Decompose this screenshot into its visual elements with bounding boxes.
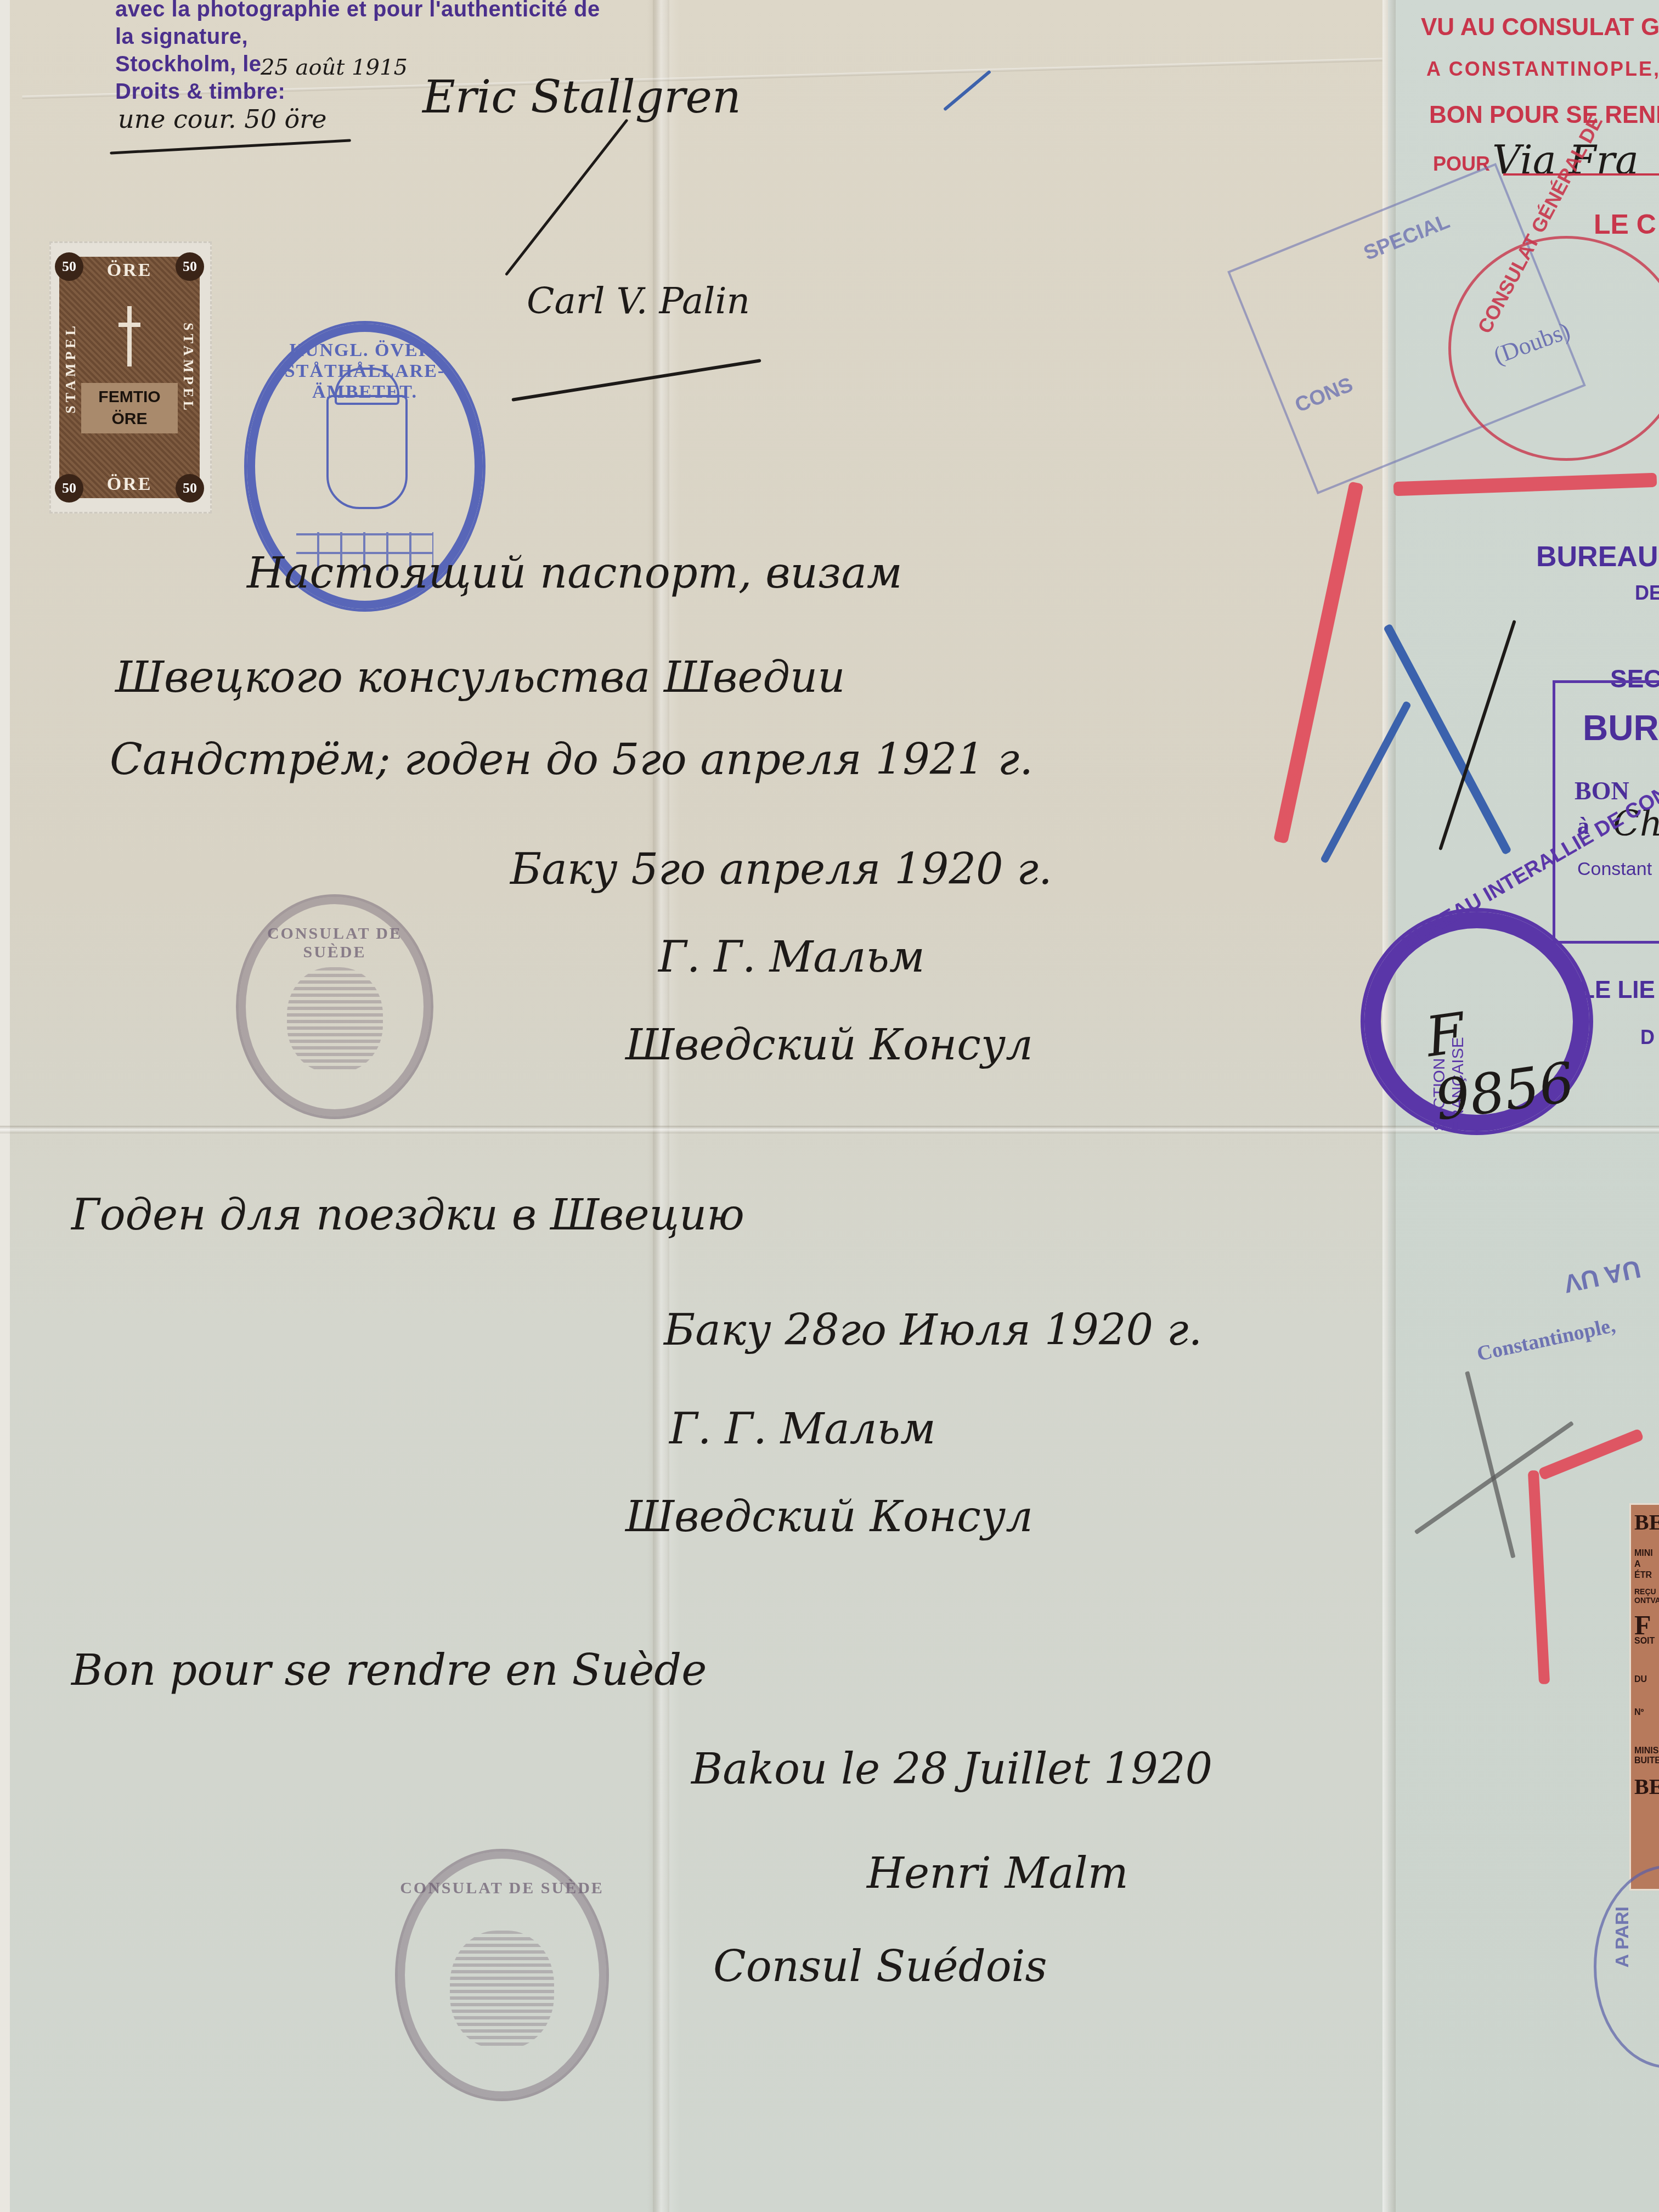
revenue-corner-value: 50 [176,252,204,281]
stamp-line: DE [1635,582,1659,605]
revenue-bottom-label: ÖRE [59,474,200,495]
stamp-line: BUREA [1583,708,1659,748]
handwritten-signature: Г. Г. Мальм [669,1404,936,1454]
signature-palin: Carl V. Palin [527,280,750,322]
revenue-stamp: ÖRE 50 50 50 50 STAMPEL STAMPEL FEMTIO Ö… [49,241,212,513]
revenue-side-label: STAMPEL [180,323,196,414]
fiscal-stamp-text: Nº [1634,1708,1644,1718]
handwritten-title: Consul Suédois [713,1942,1047,1991]
handwritten-fee: une cour. 50 öre [118,104,326,134]
fiscal-stamp-text: ÉTR [1634,1571,1652,1581]
handwritten-line: Баку 5го апреля 1920 г. [510,845,1052,894]
stamp-line: BUREAU IN [1536,540,1659,573]
horizontal-fold [0,1126,1659,1133]
revenue-corner-value: 50 [55,252,83,281]
fiscal-stamp-text: DU [1634,1675,1647,1685]
fiscal-stamp-text: BE [1634,1509,1659,1535]
stamp-line: VU AU CONSULAT G [1421,14,1659,41]
handwritten-date: 25 août 1915 [261,55,408,80]
fiscal-stamp: BE MINI A ÉTR REÇU ONTVA F SOIT DU Nº MI… [1629,1503,1659,1891]
handwritten-visa-number: F 9856 [1422,984,1598,1133]
handwritten-line: Настоящий паспорт, визам [247,549,902,598]
stamp-line: BON [1575,776,1629,805]
handwritten-title: Шведский Консул [625,1020,1033,1070]
signature-stallgren: Eric Stallgren [422,71,741,123]
seal-text: CONSULAT DE SUÈDE [398,1879,606,1898]
handwritten-line: Баку 28го Июля 1920 г. [664,1306,1202,1355]
printed-line: avec la photographie et pour l'authentic… [115,0,600,23]
stamp-line: D [1640,1026,1655,1049]
revenue-center-line: ÖRE [81,408,178,430]
fiscal-stamp-text: BE [1634,1774,1659,1799]
passport-control-seal: BUREAU INTERALLIÉ DE CONTRÔLE DES PASSEP… [1361,908,1593,1135]
handwritten-line: Сандстрём; годен до 5го апреля 1921 г. [110,735,1033,785]
handwritten-title: Шведский Консул [625,1492,1033,1542]
fiscal-stamp-text: ONTVA [1634,1596,1659,1605]
stamp-line: BON POUR SE RENDRE [1429,101,1659,129]
fiscal-stamp-text: BUITE [1634,1756,1659,1766]
fiscal-stamp-text: A [1634,1560,1641,1570]
handwritten-line: Годен для поездки в Швецию [71,1190,744,1240]
handwritten-signature: Г. Г. Мальм [658,933,925,982]
consulat-de-suede-seal: CONSULAT DE SUÈDE [395,1849,609,2101]
stamp-text: CONS [1292,373,1357,417]
crowned-shield-icon [450,1931,554,2049]
stamp-line: LE LIE [1580,977,1655,1004]
stamp-underline [1503,173,1659,176]
revenue-stamp-face: ÖRE 50 50 50 50 STAMPEL STAMPEL FEMTIO Ö… [59,257,200,498]
revenue-center: FEMTIO ÖRE [81,383,178,433]
handwritten-signature: Henri Malm [867,1849,1128,1898]
consulat-de-suede-seal: CONSULAT DE SUÈDE [236,894,433,1119]
fiscal-stamp-text: MINIS [1634,1746,1658,1756]
cross-emblem-icon [119,306,140,366]
handwritten-line: Швецкого консульства Шведии [115,653,845,702]
crowned-shield-icon [287,967,383,1073]
stamp-line: A CONSTANTINOPLE, [1426,58,1659,81]
seal-text: CONSULAT DE SUÈDE [239,924,431,962]
fiscal-stamp-text: SOIT [1634,1637,1655,1646]
paper-edge [0,0,10,2212]
fiscal-stamp-text: MINI [1634,1549,1653,1559]
vertical-fold [653,0,669,2212]
stamp-line: Constant [1577,859,1652,880]
fiscal-stamp-text: REÇU [1634,1587,1656,1596]
revenue-side-label: STAMPEL [63,323,79,414]
stamp-text: A PARI [1612,1906,1633,1967]
coat-of-arms-icon [326,395,408,509]
stamp-signature-line: LE C [1594,208,1656,240]
handwritten-line: Bon pour se rendre en Suède [71,1646,707,1695]
handwritten-line: Bakou le 28 Juillet 1920 [691,1745,1212,1794]
stamp-text: SPECIAL [1361,210,1453,266]
printed-line: la signature, [115,23,600,50]
revenue-center-line: FEMTIO [81,386,178,408]
